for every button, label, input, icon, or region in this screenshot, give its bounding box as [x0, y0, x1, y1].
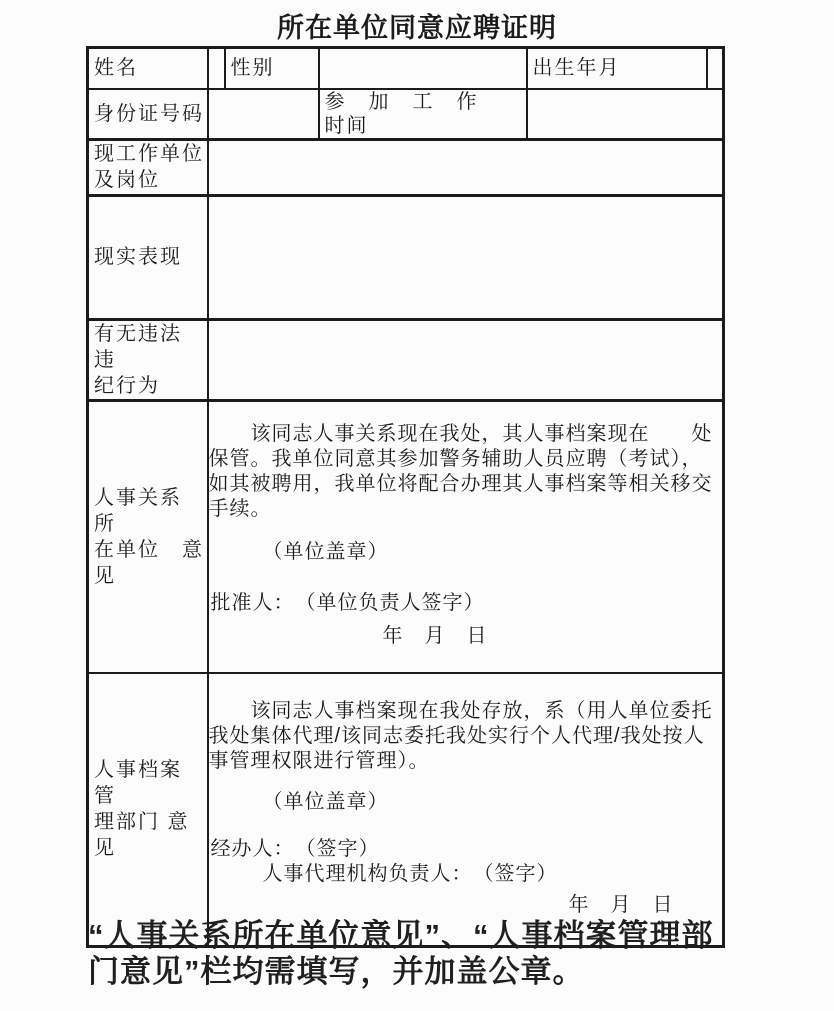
- document-page: 所在单位同意应聘证明 姓名 性别 出生年月 身份证号码 参 加 工 作 时间 现…: [0, 0, 834, 1011]
- row-personnel-relation-opinion: 人事关系 所 在单位 意 见 该同志人事关系现在我处，其人事档案现在 处 保管。…: [88, 400, 724, 673]
- row-performance: 现实表现: [88, 195, 724, 319]
- current-unit-value-cell: [208, 139, 724, 195]
- agency-head-label: 人事代理机构负责人： （签字）: [263, 862, 558, 887]
- gender-label: 性别: [225, 48, 319, 89]
- approver-signature-line: 批准人： （单位负责人签字）: [211, 591, 723, 616]
- form-table: 姓名 性别 出生年月 身份证号码 参 加 工 作 时间 现工作单位 及岗位 现实…: [86, 46, 725, 948]
- performance-value-cell: [208, 195, 724, 319]
- name-label: 姓名: [88, 48, 208, 89]
- gender-value-cell: [319, 48, 527, 89]
- row-archive-dept-opinion: 人事档案 管 理部门 意见 该同志人事档案现在我处存放，系（用人单位委托 我处集…: [88, 673, 724, 946]
- date-line: 年 月 日: [383, 624, 723, 649]
- unit-seal-note: （单位盖章）: [263, 790, 723, 815]
- personnel-relation-content-cell: 该同志人事关系现在我处，其人事档案现在 处 保管。我单位同意其参加警务辅助人员应…: [208, 400, 724, 673]
- row-id-workstart: 身份证号码 参 加 工 作 时间: [88, 89, 724, 140]
- current-unit-label: 现工作单位 及岗位: [88, 139, 208, 195]
- date-line: 年 月 日: [569, 893, 723, 918]
- unit-seal-note: （单位盖章）: [263, 540, 723, 565]
- archive-dept-label: 人事档案 管 理部门 意见: [88, 673, 208, 946]
- footer-note: “人事关系所在单位意见”、“人事档案管理部 门意见”栏均需填写，并加盖公章。: [88, 918, 798, 990]
- birth-value-cell: [707, 48, 724, 89]
- row-current-unit: 现工作单位 及岗位: [88, 139, 724, 195]
- personnel-relation-paragraph: 该同志人事关系现在我处，其人事档案现在 处 保管。我单位同意其参加警务辅助人员应…: [209, 422, 723, 522]
- work-start-value-cell: [527, 89, 724, 140]
- handler-label: 经办人： （签字）: [211, 838, 380, 860]
- personnel-relation-label: 人事关系 所 在单位 意 见: [88, 400, 208, 673]
- performance-label: 现实表现: [88, 195, 208, 319]
- id-number-label: 身份证号码: [88, 89, 208, 140]
- violations-value-cell: [208, 319, 724, 400]
- archive-dept-paragraph: 该同志人事档案现在我处存放，系（用人单位委托 我处集体代理/该同志委托我处实行个…: [209, 699, 723, 774]
- row-basic-info: 姓名 性别 出生年月: [88, 48, 724, 89]
- birth-label: 出生年月: [527, 48, 707, 89]
- name-value-cell: [208, 48, 225, 89]
- row-violations: 有无违法 违 纪行为: [88, 319, 724, 400]
- id-number-value-cell: [208, 89, 319, 140]
- document-title: 所在单位同意应聘证明: [0, 6, 834, 45]
- handler-signature-line: 经办人： （签字） 人事代理机构负责人： （签字）: [211, 837, 723, 887]
- work-start-label: 参 加 工 作 时间: [319, 89, 527, 140]
- archive-dept-content-cell: 该同志人事档案现在我处存放，系（用人单位委托 我处集体代理/该同志委托我处实行个…: [208, 673, 724, 946]
- violations-label: 有无违法 违 纪行为: [88, 319, 208, 400]
